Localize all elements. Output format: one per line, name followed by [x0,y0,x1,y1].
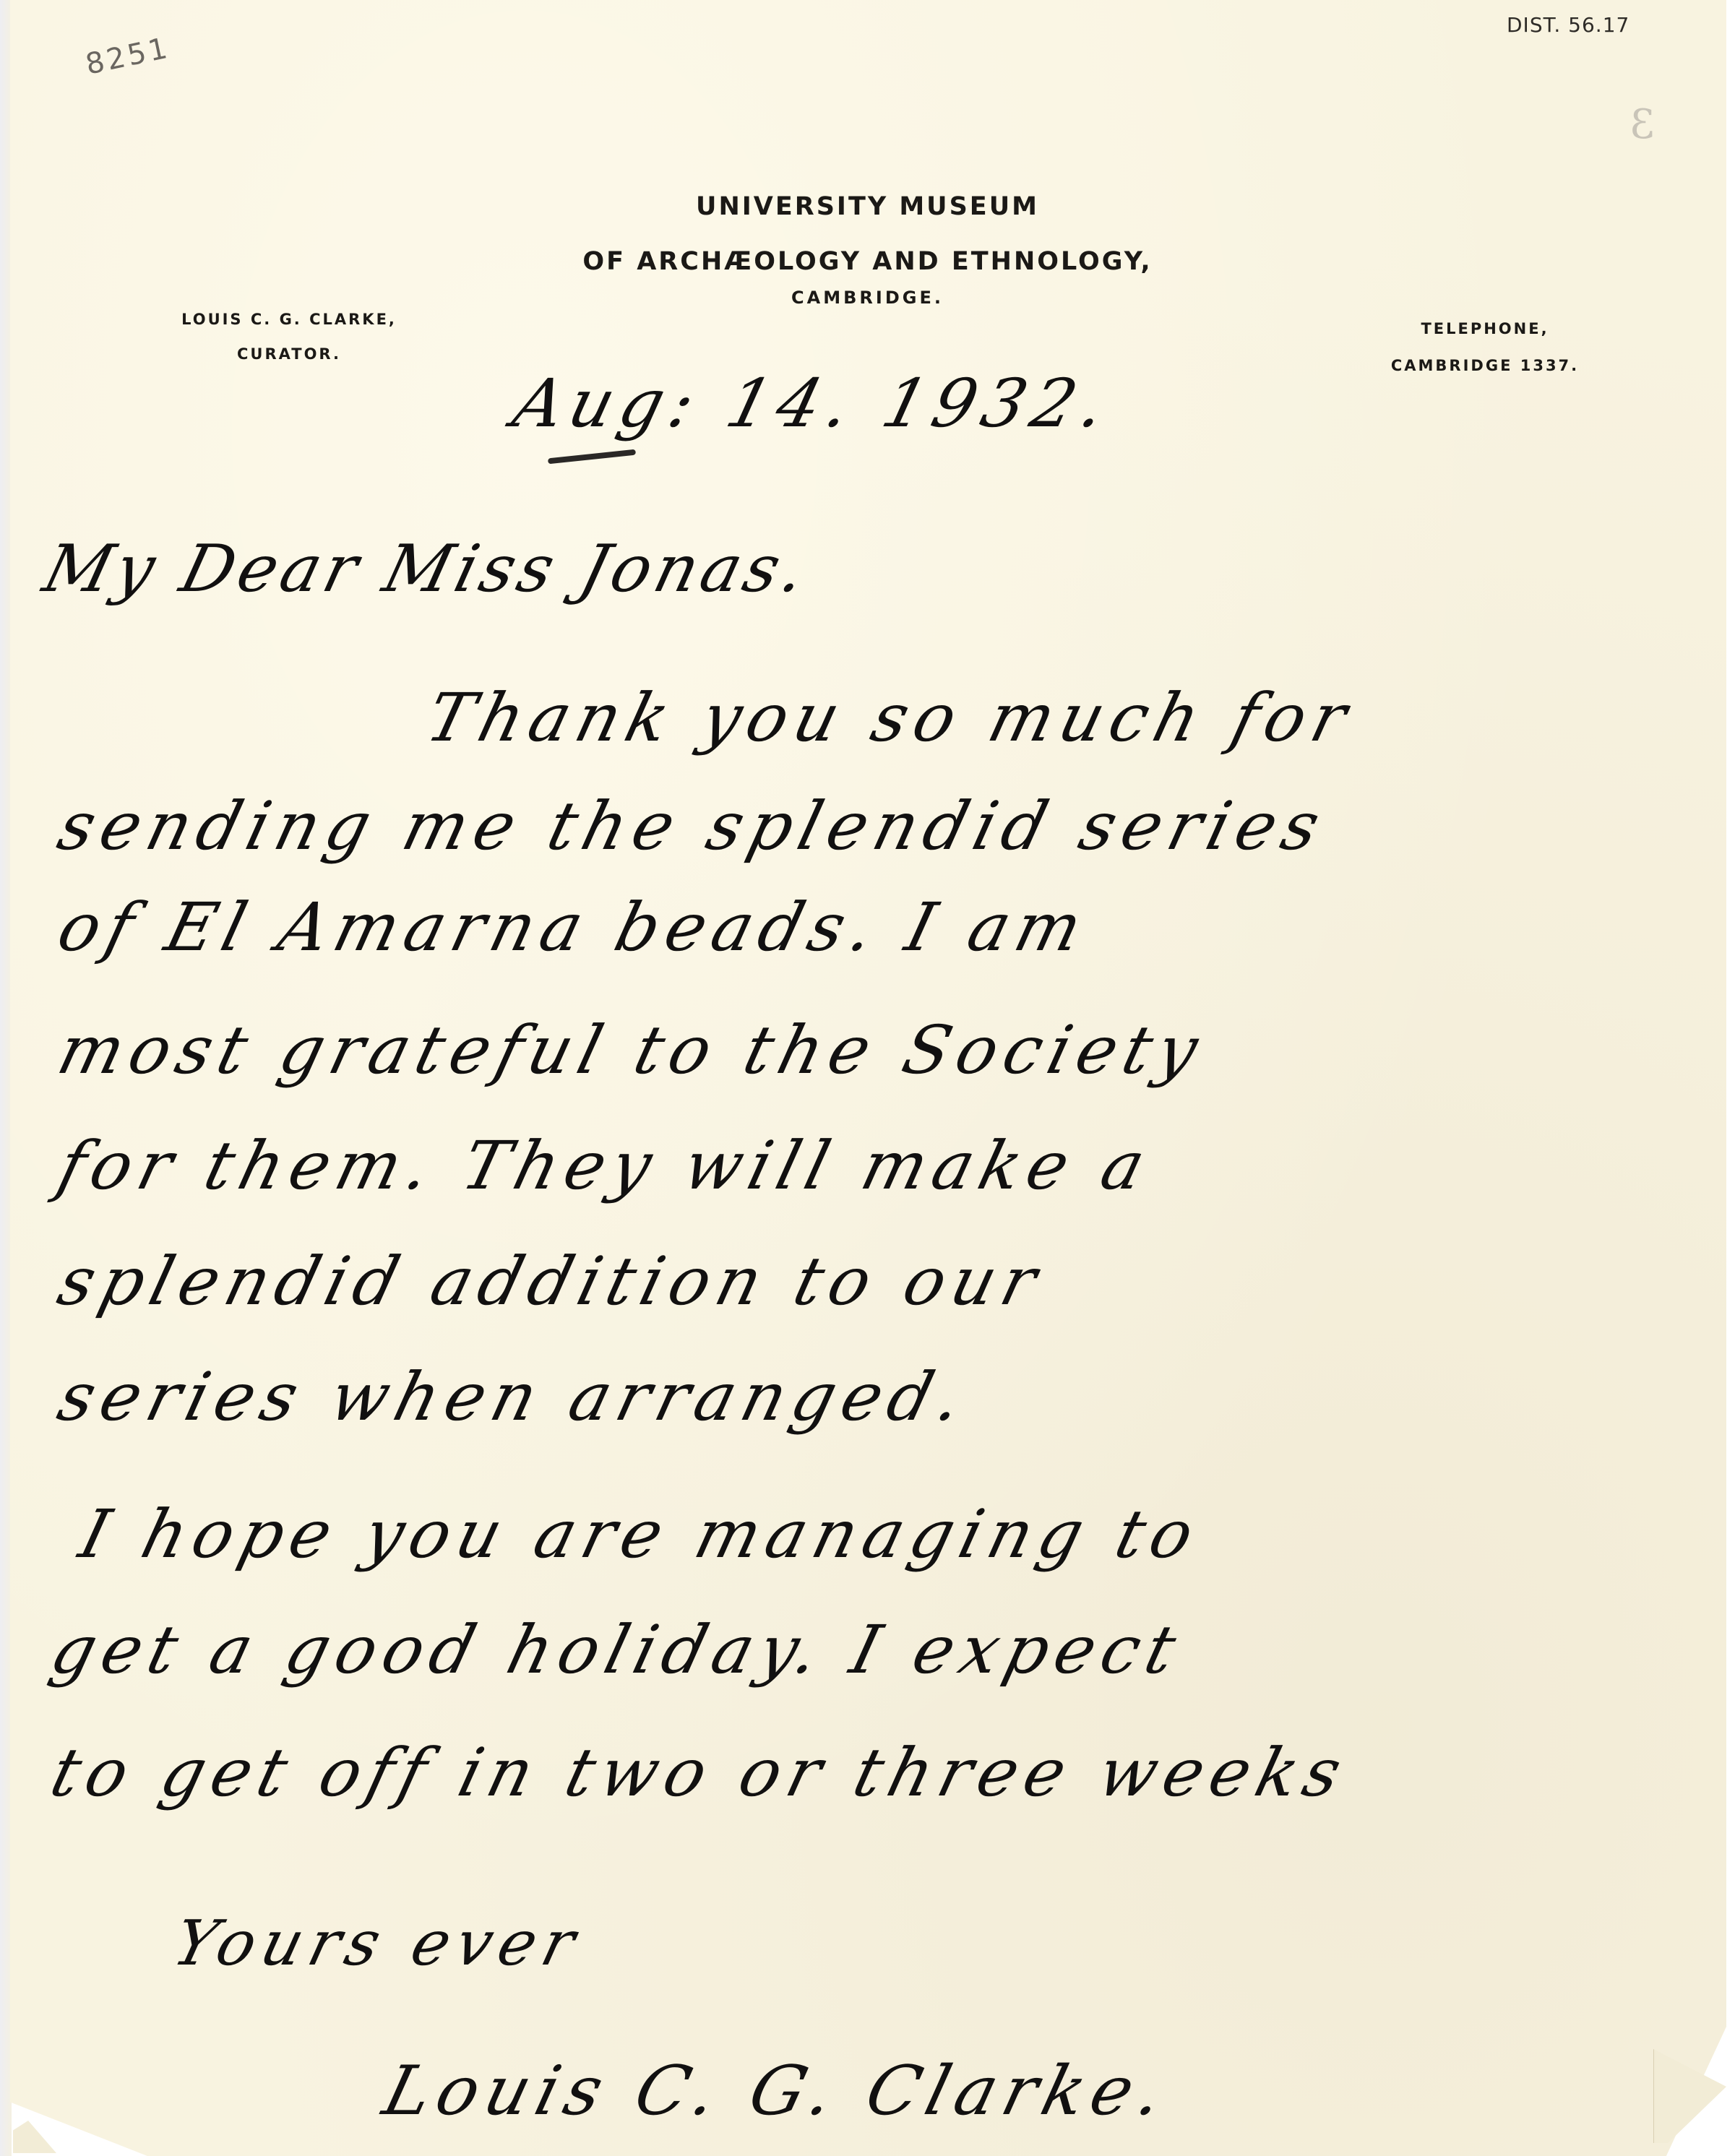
body-line: sending me the splendid series [51,788,1335,865]
telephone-number: CAMBRIDGE 1337. [1340,348,1629,384]
curator-name: LOUIS C. G. CLARKE, [152,302,426,337]
body-line: most grateful to the Society [51,1012,1213,1089]
body-line: series when arranged. [51,1358,977,1436]
body-line: to get off in two or three weeks [43,1734,1356,1811]
body-line: splendid addition to our [51,1243,1051,1320]
letterhead-curator: LOUIS C. G. CLARKE, CURATOR. [152,302,426,371]
institution-line-2: OF ARCHÆOLOGY AND ETHNOLOGY, [0,234,1735,289]
body-line: I hope you are managing to [72,1496,1208,1573]
salutation: My Dear Miss Jonas. [36,531,817,607]
pencil-page-number: 3 [1629,101,1656,148]
curator-title: CURATOR. [152,337,426,371]
institution-line-1: UNIVERSITY MUSEUM [0,179,1735,234]
body-line: get a good holiday. I expect [43,1611,1190,1689]
closing: Yours ever [166,1907,589,1980]
telephone-label: TELEPHONE, [1340,311,1629,348]
folded-corner-bottom-left [13,2121,56,2153]
letter-date: Aug: 14. 1932. [506,365,1120,442]
signature: Louis C. G. Clarke. [376,2052,1178,2131]
letterhead-telephone: TELEPHONE, CAMBRIDGE 1337. [1340,311,1629,384]
body-line: Thank you so much for [419,679,1361,756]
body-line: of El Amarna beads. I am [51,889,1097,966]
scan-edge [0,0,12,2156]
letterhead-institution: UNIVERSITY MUSEUM OF ARCHÆOLOGY AND ETHN… [0,179,1735,289]
body-line: for them. They will make a [51,1127,1160,1204]
catalogue-reference: DIST. 56.17 [1507,13,1629,37]
